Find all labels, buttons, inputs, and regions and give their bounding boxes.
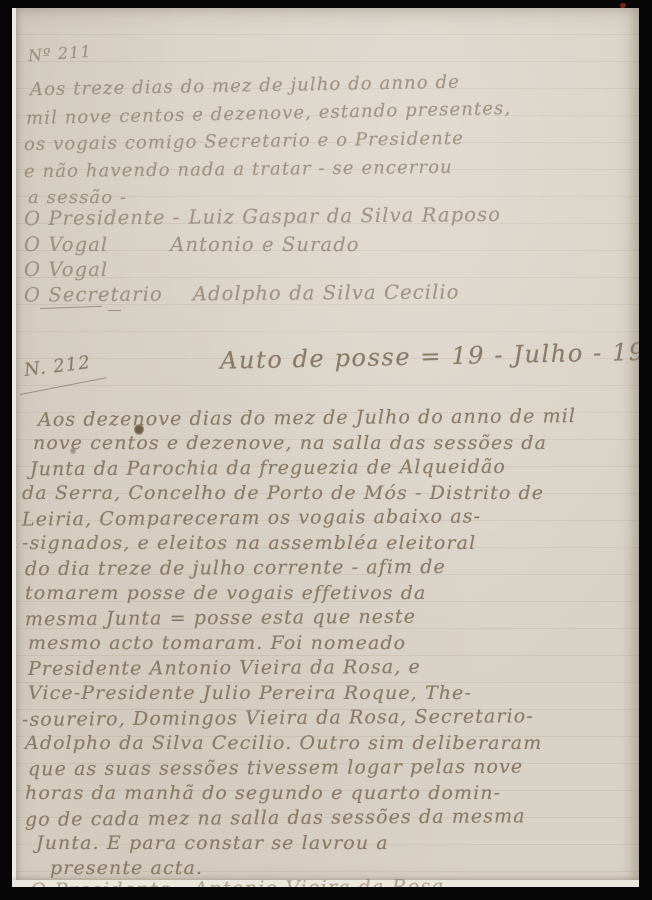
- manuscript-line: Junta da Parochia da freguezia de Alquei…: [30, 456, 506, 480]
- manuscript-line: mesmo acto tomaram. Foi nomeado: [28, 632, 406, 654]
- signature-line: O Presidente -Luiz Gaspar da Silva Rapos…: [24, 203, 501, 230]
- paper-sheet: Nº 211 Aos treze dias do mez de julho do…: [12, 8, 639, 887]
- signature-name: Adolpho da Silva Cecilio: [193, 280, 460, 305]
- manuscript-line: que as suas sessões tivessem logar pelas…: [28, 756, 523, 781]
- manuscript-line: Presidente Antonio Vieira da Rosa, e: [28, 656, 421, 680]
- manuscript-line: horas da manhã do segundo e quarto domin…: [25, 782, 501, 804]
- separator-dash-small: [108, 310, 121, 311]
- manuscript-line: -soureiro, Domingos Vieira da Rosa, Secr…: [22, 705, 534, 731]
- manuscript-line: e não havendo nada a tratar - se encerro…: [24, 157, 453, 182]
- ink-speck: [70, 448, 76, 454]
- manuscript-line: mil nove centos e dezenove, estando pres…: [26, 98, 512, 129]
- manuscript-line: presente acta.: [50, 857, 203, 879]
- signature-role: O Vogal: [24, 258, 108, 281]
- manuscript-line: Aos treze dias do mez de julho do anno d…: [30, 69, 630, 100]
- manuscript-line: Leiria, Compareceram os vogais abaixo as…: [22, 505, 481, 530]
- manuscript-line: nove centos e dezenove, na salla das ses…: [33, 432, 547, 454]
- signature-line: O SecretarioAdolpho da Silva Cecilio: [24, 280, 460, 306]
- page-edge-left: [12, 8, 16, 887]
- signature-line: O Vogal: [24, 258, 108, 281]
- manuscript-line: Junta. E para constar se lavrou a: [36, 832, 389, 854]
- manuscript-line: Adolpho da Silva Cecilio. Outro sim deli…: [25, 732, 542, 754]
- manuscript-line: a sessão -: [28, 187, 127, 208]
- manuscript-line: tomarem posse de vogais effetivos da: [25, 582, 426, 604]
- ink-blot: [134, 424, 144, 435]
- signature-role: O Secretario: [24, 283, 163, 307]
- record-212-title: Auto de posse = 19 - Julho - 1919: [220, 337, 639, 375]
- record-212-number: N. 212: [23, 352, 92, 381]
- scanned-manuscript-page: Nº 211 Aos treze dias do mez de julho do…: [0, 0, 652, 900]
- signature-name: Luiz Gaspar da Silva Raposo: [188, 203, 501, 229]
- signature-name: Antonio e Surado: [170, 233, 359, 256]
- signature-line: O VogalAntonio e Surado: [24, 233, 360, 256]
- record-211-number: Nº 211: [27, 42, 92, 65]
- manuscript-line: da Serra, Concelho de Porto de Mós - Dis…: [22, 482, 544, 504]
- manuscript-line: Vice-Presidente Julio Pereira Roque, The…: [28, 682, 472, 704]
- manuscript-line: go de cada mez na salla das sessões da m…: [25, 805, 526, 830]
- signature-role: O Vogal: [24, 233, 108, 256]
- manuscript-line: -signados, e eleitos na assembléa eleito…: [22, 532, 476, 554]
- manuscript-line: Aos dezenove dias do mez de Julho do ann…: [38, 405, 576, 431]
- manuscript-line: os vogais comigo Secretario e o Presiden…: [24, 128, 464, 155]
- manuscript-line: do dia treze de julho corrente - afim de: [25, 556, 446, 580]
- signature-role: O Presidente -: [24, 206, 181, 230]
- manuscript-line: mesma Junta = posse esta que neste: [25, 606, 416, 631]
